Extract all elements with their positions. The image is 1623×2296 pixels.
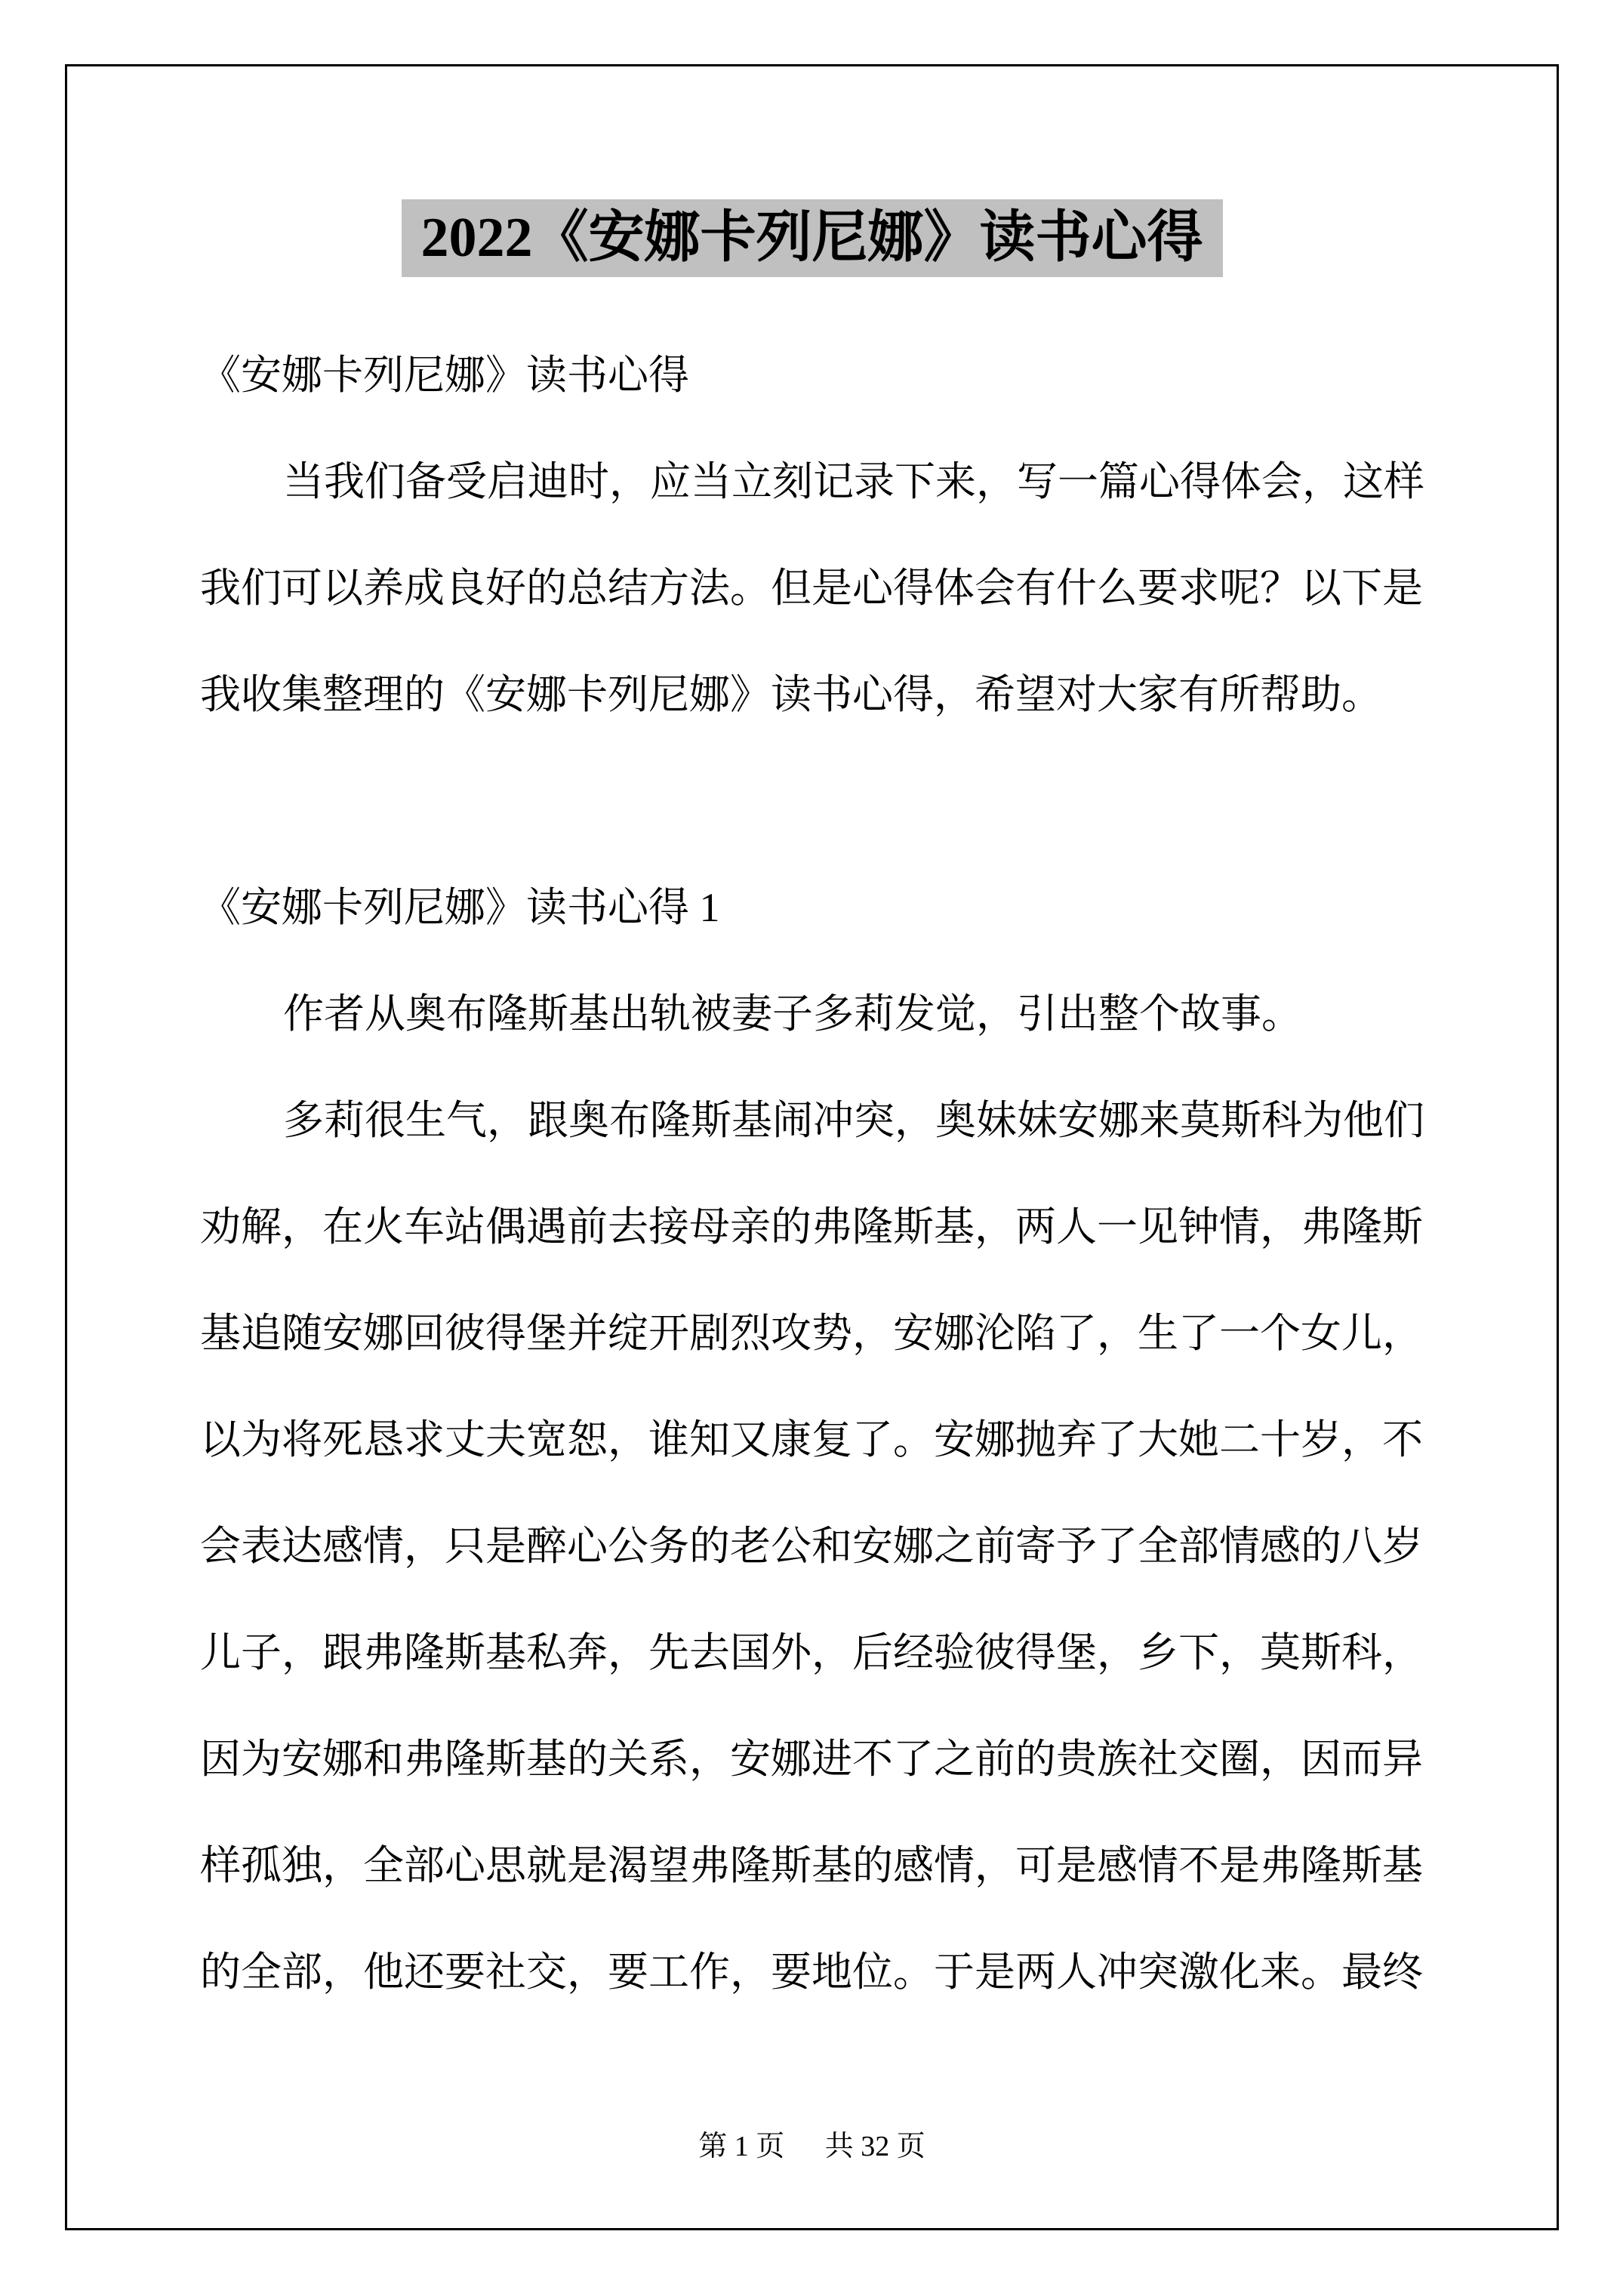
doc-title: 2022《安娜卡列尼娜》读书心得: [402, 199, 1223, 277]
text-line: 会表达感情，只是醉心公务的老公和安娜之前寄予了全部情感的八岁: [200, 1493, 1453, 1600]
text-line: 《安娜卡列尼娜》读书心得: [200, 322, 1453, 429]
text-line: 劝解，在火车站偶遇前去接母亲的弗隆斯基，两人一见钟情，弗隆斯: [200, 1174, 1453, 1281]
text-line: 样孤独，全部心思就是渴望弗隆斯基的感情，可是感情不是弗隆斯基: [200, 1813, 1453, 1919]
page-footer: 第 1 页 共 32 页: [67, 2129, 1557, 2164]
text-line: 以为将死恳求丈夫宽恕，谁知又康复了。安娜抛弃了大她二十岁，不: [200, 1387, 1453, 1493]
text-line: 因为安娜和弗隆斯基的关系，安娜进不了之前的贵族社交圈，因而异: [200, 1706, 1453, 1813]
text-line: 儿子，跟弗隆斯基私奔，先去国外，后经验彼得堡，乡下，莫斯科，: [200, 1600, 1453, 1706]
title-row: 2022《安娜卡列尼娜》读书心得: [67, 199, 1557, 277]
text-line: 我们可以养成良好的总结方法。但是心得体会有什么要求呢？以下是: [200, 535, 1453, 642]
page-border-frame: 2022《安娜卡列尼娜》读书心得 《安娜卡列尼娜》读书心得 当我们备受启迪时，应…: [65, 64, 1559, 2230]
text-line: 我收集整理的《安娜卡列尼娜》读书心得，希望对大家有所帮助。: [200, 642, 1453, 748]
footer-total-pages: 共 32 页: [825, 2131, 925, 2162]
text-line: 的全部，他还要社交，要工作，要地位。于是两人冲突激化来。最终: [200, 1919, 1453, 2026]
text-line: 当我们备受启迪时，应当立刻记录下来，写一篇心得体会，这样: [200, 429, 1453, 535]
blank-line: [200, 748, 1453, 855]
text-line: 多莉很生气，跟奥布隆斯基闹冲突，奥妹妹安娜来莫斯科为他们: [200, 1068, 1453, 1174]
footer-page-number: 第 1 页: [698, 2131, 784, 2162]
text-line: 基追随安娜回彼得堡并绽开剧烈攻势，安娜沦陷了，生了一个女儿，: [200, 1281, 1453, 1387]
body-text-block: 《安娜卡列尼娜》读书心得 当我们备受启迪时，应当立刻记录下来，写一篇心得体会，这…: [200, 322, 1453, 2026]
text-line: 《安娜卡列尼娜》读书心得 1: [200, 855, 1453, 961]
document-page: 2022《安娜卡列尼娜》读书心得 《安娜卡列尼娜》读书心得 当我们备受启迪时，应…: [0, 0, 1623, 2296]
text-line: 作者从奥布隆斯基出轨被妻子多莉发觉，引出整个故事。: [200, 961, 1453, 1068]
